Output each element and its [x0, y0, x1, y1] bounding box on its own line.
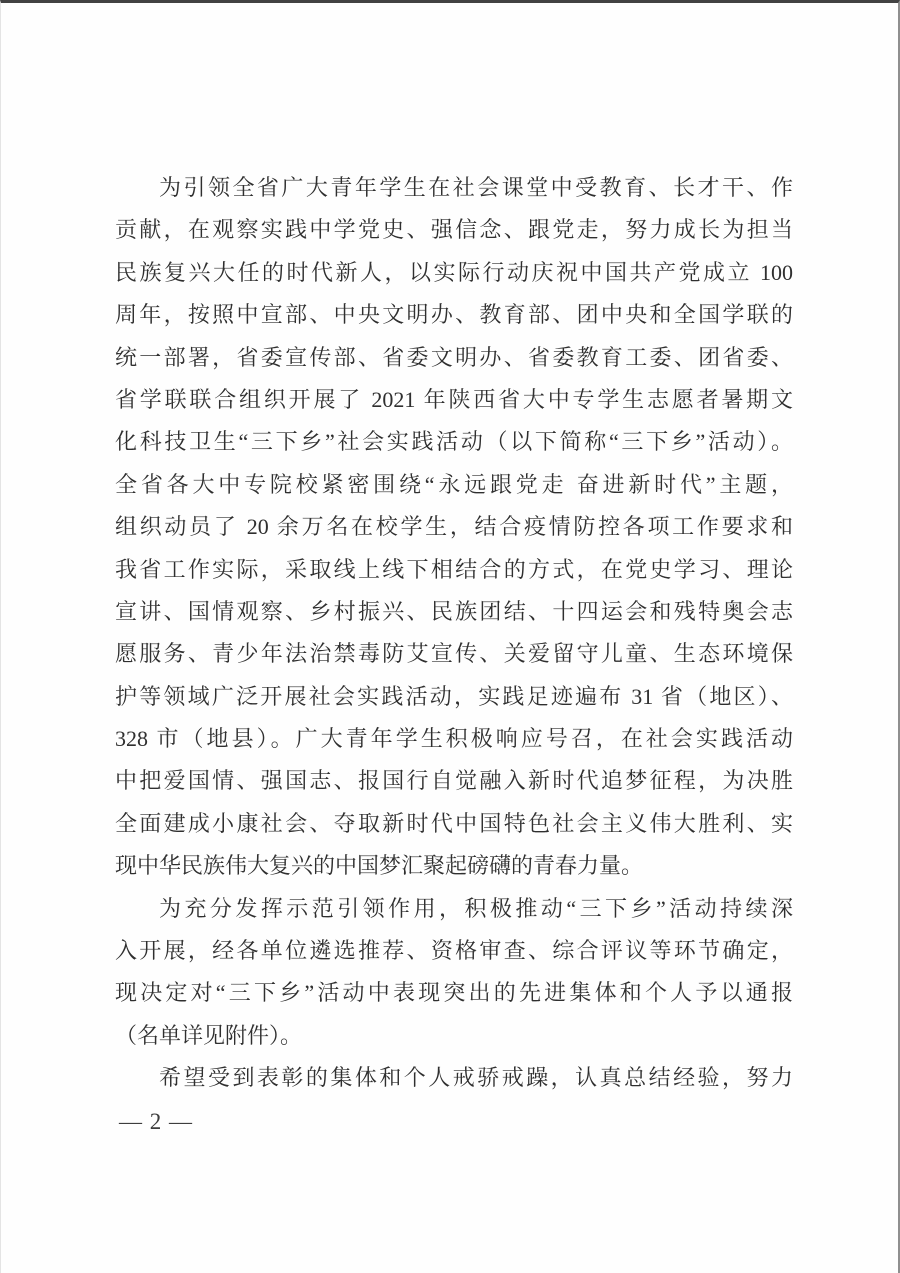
text-line: 组织动员了 20 余万名在校学生，结合疫情防控各项工作要求和	[115, 506, 793, 548]
text-line: 中把爱国情、强国志、报国行自觉融入新时代追梦征程，为决胜	[115, 760, 793, 802]
text-line: 全省各大中专院校紧密围绕“永远跟党走 奋进新时代”主题，	[115, 464, 793, 506]
text-line: 护等领域广泛开展社会实践活动，实践足迹遍布 31 省（地区）、	[115, 676, 793, 718]
text-line: 周年，按照中宣部、中央文明办、教育部、团中央和全国学联的	[115, 294, 793, 336]
text-line: 贡献，在观察实践中学党史、强信念、跟党走，努力成长为担当	[115, 209, 793, 251]
text-line: 愿服务、青少年法治禁毒防艾宣传、关爱留守儿童、生态环境保	[115, 633, 793, 675]
document-page: 为引领全省广大青年学生在社会课堂中受教育、长才干、作 贡献，在观察实践中学党史、…	[0, 0, 900, 1273]
text-line: 希望受到表彰的集体和个人戒骄戒躁，认真总结经验，努力	[115, 1057, 793, 1099]
text-line: 化科技卫生“三下乡”社会实践活动（以下简称“三下乡”活动）。	[115, 421, 793, 463]
text-line: 宣讲、国情观察、乡村振兴、民族团结、十四运会和残特奥会志	[115, 591, 793, 633]
paragraph-3: 希望受到表彰的集体和个人戒骄戒躁，认真总结经验，努力	[115, 1057, 793, 1099]
text-line: （名单详见附件）。	[115, 1015, 793, 1057]
text-line: 统一部署，省委宣传部、省委文明办、省委教育工委、团省委、	[115, 337, 793, 379]
text-line: 入开展，经各单位遴选推荐、资格审查、综合评议等环节确定，	[115, 930, 793, 972]
document-body: 为引领全省广大青年学生在社会课堂中受教育、长才干、作 贡献，在观察实践中学党史、…	[115, 167, 793, 1100]
text-line: 为充分发挥示范引领作用，积极推动“三下乡”活动持续深	[115, 888, 793, 930]
paragraph-2: 为充分发挥示范引领作用，积极推动“三下乡”活动持续深 入开展，经各单位遴选推荐、…	[115, 888, 793, 1058]
text-line: 328 市（地县）。广大青年学生积极响应号召，在社会实践活动	[115, 718, 793, 760]
paragraph-1: 为引领全省广大青年学生在社会课堂中受教育、长才干、作 贡献，在观察实践中学党史、…	[115, 167, 793, 888]
page-number: — 2 —	[119, 1109, 193, 1134]
text-line: 为引领全省广大青年学生在社会课堂中受教育、长才干、作	[115, 167, 793, 209]
text-line: 现中华民族伟大复兴的中国梦汇聚起磅礴的青春力量。	[115, 845, 793, 887]
page-footer: — 2 —	[119, 1109, 193, 1135]
text-line: 民族复兴大任的时代新人，以实际行动庆祝中国共产党成立 100	[115, 252, 793, 294]
text-line: 现决定对“三下乡”活动中表现突出的先进集体和个人予以通报	[115, 972, 793, 1014]
text-line: 我省工作实际，采取线上线下相结合的方式，在党史学习、理论	[115, 549, 793, 591]
text-line: 全面建成小康社会、夺取新时代中国特色社会主义伟大胜利、实	[115, 803, 793, 845]
text-line: 省学联联合组织开展了 2021 年陕西省大中专学生志愿者暑期文	[115, 379, 793, 421]
